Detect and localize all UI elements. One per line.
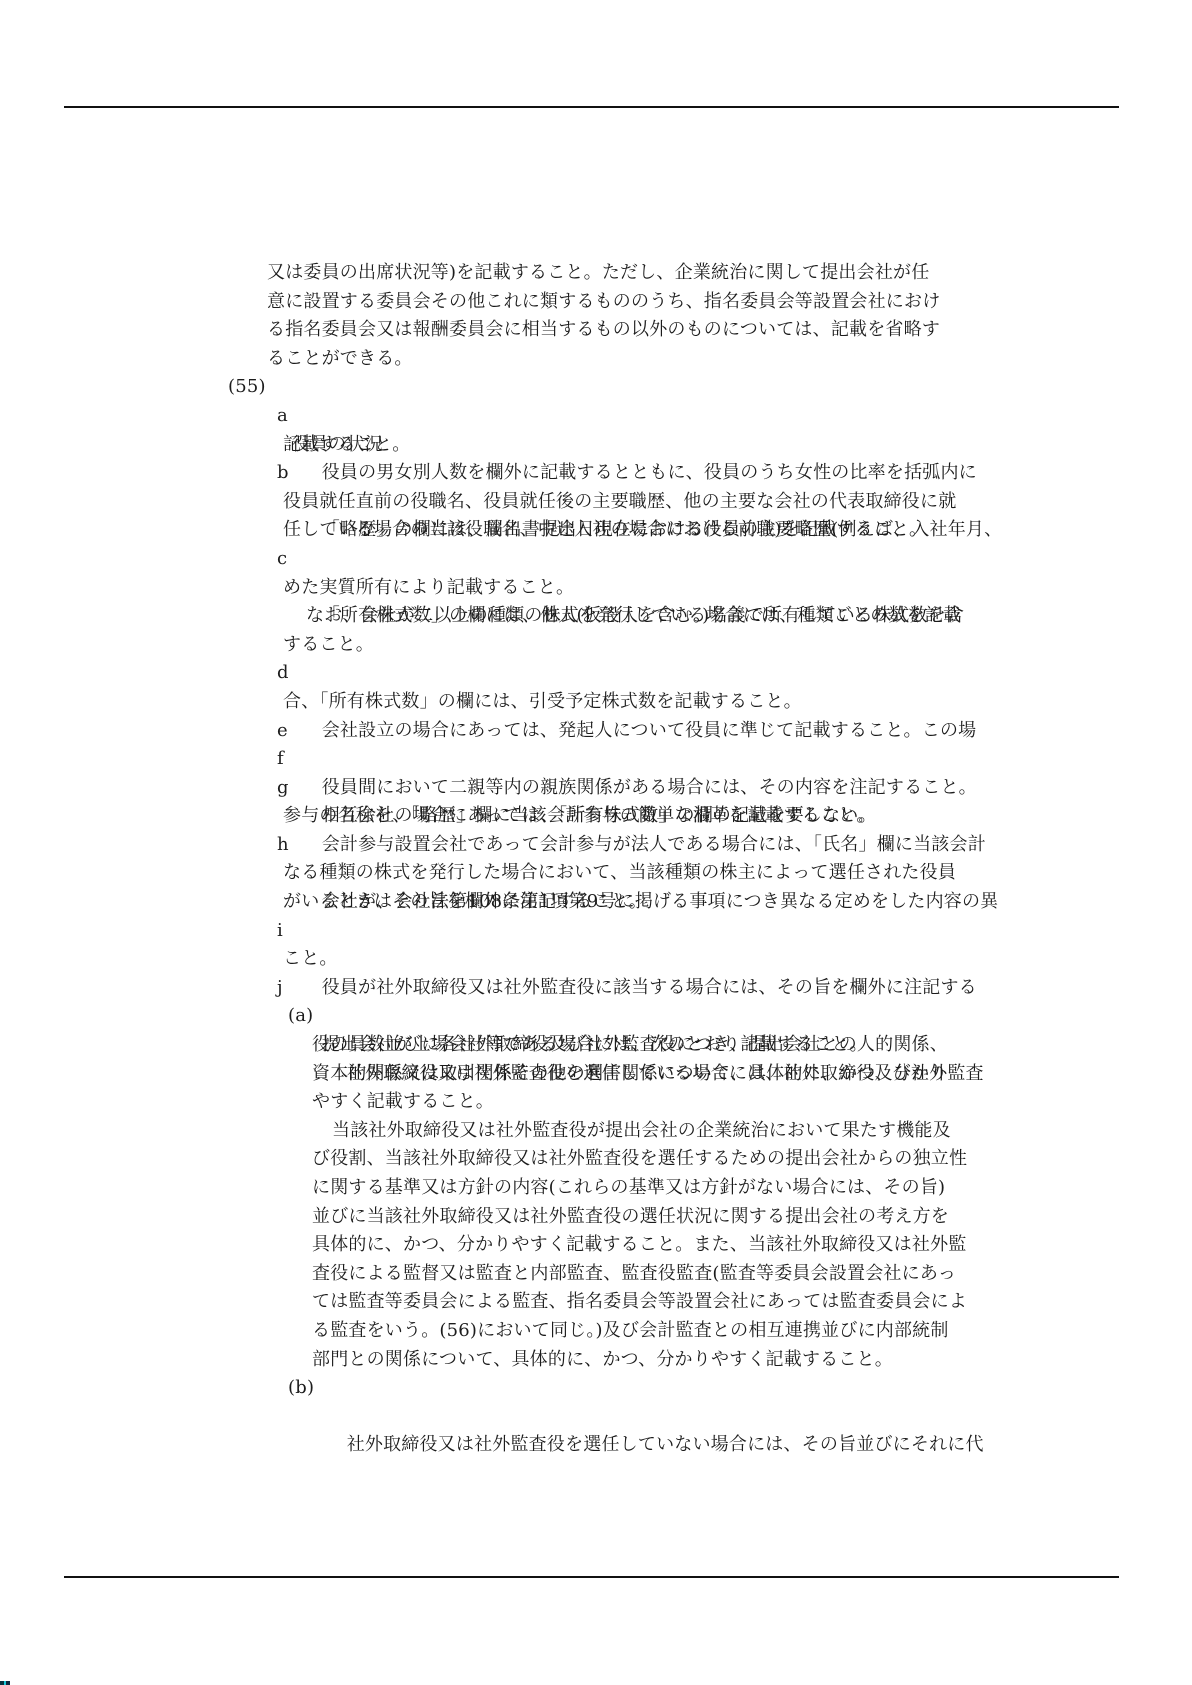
- intro-line: 意に設置する委員会その他これに類するもののうち、指名委員会等設置会社におけ: [0, 288, 1192, 317]
- item-j-sub-a-marker: (a): [288, 1002, 313, 1031]
- item-j-sub-a-line: (a) 社外取締役又は社外監査役を選任している場合には、社外取締役及び社外監査: [0, 1002, 1192, 1031]
- item-b-line: b 「略歴」の欄には、届出書提出日現在における役員の主要略歴(例えば、入社年月、: [0, 459, 1192, 488]
- document-text: 又は委員の出席状況等)を記載すること。ただし、企業統治に関して提出会社が任 意に…: [0, 259, 1192, 1403]
- item-i-line: i 役員が社外取締役又は社外監査役に該当する場合には、その旨を欄外に注記する: [0, 917, 1192, 946]
- section-55-heading: (55) 役員の状況: [0, 373, 1192, 402]
- item-c-note-line: なお、会社が二以上の種類の株式を発行している場合には、種類ごとの数を記載: [0, 602, 1192, 631]
- item-d-line: d 会社設立の場合にあっては、発起人について役員に準じて記載すること。この場: [0, 659, 1192, 688]
- item-j-sub-a-para-line: 部門との関係について、具体的に、かつ、分かりやすく記載すること。: [0, 1346, 1192, 1375]
- item-i-line: こと。: [0, 945, 1192, 974]
- item-c-line: めた実質所有により記載すること。: [0, 574, 1192, 603]
- scan-artifact: [0, 1681, 10, 1685]
- item-b-marker: b: [277, 459, 289, 488]
- item-f-marker: f: [277, 745, 284, 774]
- item-j-sub-a-para-line: 当該社外取締役又は社外監査役が提出会社の企業統治において果たす機能及: [0, 1117, 1192, 1146]
- item-b-line: 役員就任直前の役職名、役員就任後の主要職歴、他の主要な会社の代表取締役に就: [0, 488, 1192, 517]
- item-j-sub-a-para-line: に関する基準又は方針の内容(これらの基準又は方針がない場合には、その旨): [0, 1174, 1192, 1203]
- item-h-line: なる種類の株式を発行した場合において、当該種類の株主によって選任された役員: [0, 859, 1192, 888]
- item-j-sub-b-marker: (b): [288, 1374, 314, 1403]
- item-h-marker: h: [277, 831, 289, 860]
- item-a-line: a 役員の男女別人数を欄外に記載するとともに、役員のうち女性の比率を括弧内に: [0, 402, 1192, 431]
- item-f-line: f 相互会社の場合にあっては、「所有株式数」の欄の記載を要しない。: [0, 745, 1192, 774]
- section-55-number: (55): [228, 373, 266, 402]
- item-c-marker: c: [277, 545, 287, 574]
- bottom-rule: [64, 1576, 1119, 1578]
- intro-line: る指名委員会又は報酬委員会に相当するもの以外のものについては、記載を省略す: [0, 316, 1192, 345]
- item-j-sub-a-para-line: ては監査等委員会による監査、指名委員会等設置会社にあっては監査委員会によ: [0, 1288, 1192, 1317]
- intro-line: 又は委員の出席状況等)を記載すること。ただし、企業統治に関して提出会社が任: [0, 259, 1192, 288]
- item-e-line: e 役員間において二親等内の親族関係がある場合には、その内容を注記すること。: [0, 717, 1192, 746]
- item-j-sub-a-line: 役の員数並びに各社外取締役及び社外監査役につき、提出会社との人的関係、: [0, 1031, 1192, 1060]
- item-h-line: h 会社が、会社法第108条第1項第9号に掲げる事項につき異なる定めをした内容の…: [0, 831, 1192, 860]
- item-j-sub-a-line: 資本的関係又は取引関係その他の利害関係について、具体的に、かつ、分かり: [0, 1060, 1192, 1089]
- item-h-line: がいるときはその旨を欄外に注記すること。: [0, 888, 1192, 917]
- item-c-line: c 「所有株式数」の欄には、他人(仮設人を含む。)名義で所有している株式数を含: [0, 545, 1192, 574]
- item-j-sub-a-para-line: 並びに当該社外取締役又は社外監査役の選任状況に関する提出会社の考え方を: [0, 1203, 1192, 1232]
- item-j-sub-a-line: やすく記載すること。: [0, 1088, 1192, 1117]
- item-e-marker: e: [277, 717, 288, 746]
- item-a-marker: a: [277, 402, 288, 431]
- item-j-marker: j: [277, 974, 283, 1003]
- top-rule: [64, 106, 1119, 108]
- item-i-marker: i: [277, 917, 283, 946]
- page: { "page": { "intro": { "lines": [ "又は委員の…: [0, 0, 1192, 1685]
- item-j-sub-b-line: (b) 社外取締役又は社外監査役を選任していない場合には、その旨並びにそれに代: [0, 1374, 1192, 1403]
- item-j-line: j 提出会社が上場会社等である場合には、次のとおり記載すること。: [0, 974, 1192, 1003]
- item-j-sub-a-para-line: る監査をいう。(56)において同じ。)及び会計監査との相互連携並びに内部統制: [0, 1317, 1192, 1346]
- item-g-marker: g: [277, 774, 289, 803]
- item-g-line: g 会計参与設置会社であって会計参与が法人である場合には、「氏名」欄に当該会計: [0, 774, 1192, 803]
- item-j-sub-a-para-line: 具体的に、かつ、分かりやすく記載すること。また、当該社外取締役又は社外監: [0, 1231, 1192, 1260]
- item-d-line: 合、「所有株式数」の欄には、引受予定株式数を記載すること。: [0, 688, 1192, 717]
- item-j-sub-a-para-line: 査役による監督又は監査と内部監査、監査役監査(監査等委員会設置会社にあっ: [0, 1260, 1192, 1289]
- item-j-sub-a-para-line: び役割、当該社外取締役又は社外監査役を選任するための提出会社からの独立性: [0, 1145, 1192, 1174]
- item-a-line: 記載すること。: [0, 431, 1192, 460]
- item-d-marker: d: [277, 659, 289, 688]
- item-b-line: 任している場合の当該役職名、中途入社の場合における前職)を記載すること。: [0, 516, 1192, 545]
- item-c-note-line: すること。: [0, 631, 1192, 660]
- intro-line: ることができる。: [0, 345, 1192, 374]
- item-g-line: 参与の名称を、「略歴」欄に当該会計参与の簡単な沿革を記載すること。: [0, 802, 1192, 831]
